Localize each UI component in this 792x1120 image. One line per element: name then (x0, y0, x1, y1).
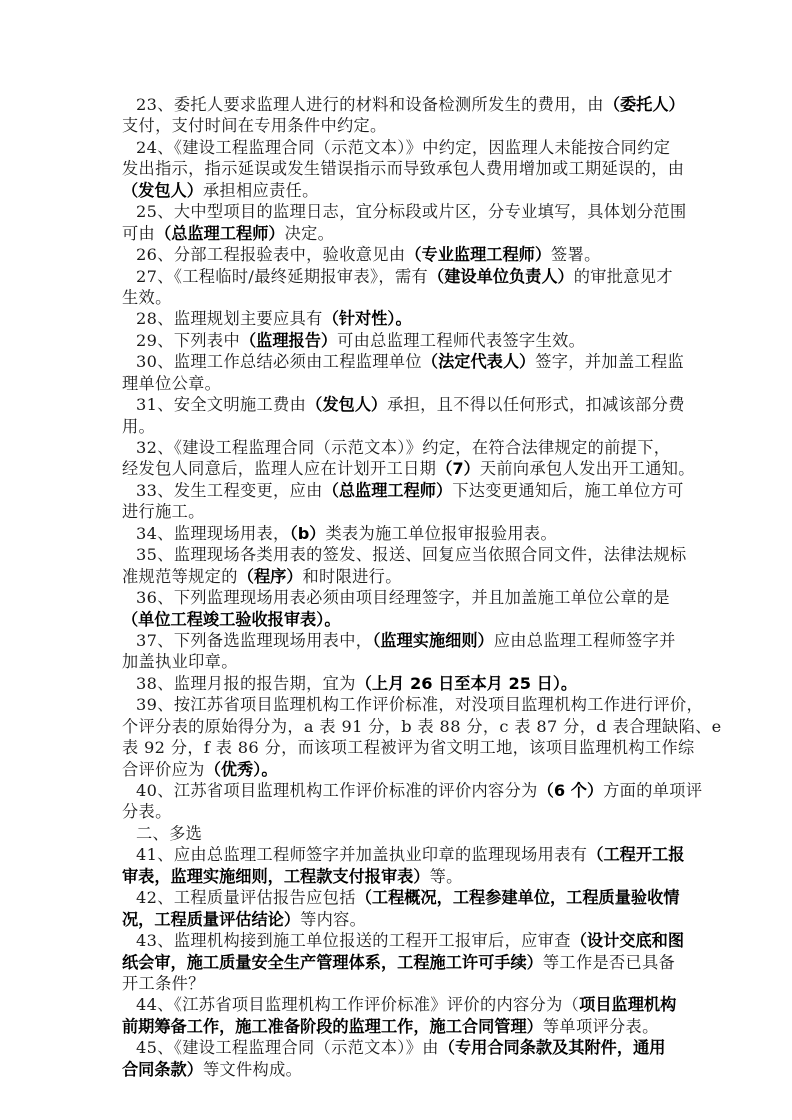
text-line: 支付，支付时间在专用条件中约定。 (122, 115, 682, 136)
question-text: 个评分表的原始得分为，a 表 91 分，b 表 88 分，c 表 87 分，d … (122, 717, 722, 736)
question-text: 39、按江苏省项目监理机构工作评价标准，对没项目监理机构工作进行评价， (136, 695, 703, 714)
question-text: 支付，支付时间在专用条件中约定。 (122, 116, 387, 135)
question-text: 31、安全文明施工费由 (136, 395, 306, 414)
question-text: 准规范等规定的 (122, 567, 238, 586)
answer-text: （监理实施细则） (372, 631, 493, 650)
question-text: 分表。 (122, 802, 172, 821)
text-line: 38、监理月报的报告期，宜为（上月 26 日至本月 25 日）。 (122, 673, 682, 694)
answer-text: （7） (436, 459, 480, 478)
question-text: 下达变更通知后，施工单位方可 (452, 481, 684, 500)
question-text: 生效。 (122, 288, 172, 307)
document-body: 23、委托人要求监理人进行的材料和设备检测所发生的费用，由（委托人）支付，支付时… (122, 94, 682, 1080)
text-line: 理单位公章。 (122, 373, 682, 394)
question-text: 应由总监理工程师签字并 (494, 631, 676, 650)
answer-text: （监理报告） (240, 331, 337, 350)
question-text: 26、分部工程报验表中，验收意见由 (136, 245, 405, 264)
answer-text: （程序） (238, 567, 303, 586)
question-text: 等。 (430, 867, 463, 886)
answer-text: 项目监理机构 (579, 995, 676, 1014)
text-line: 31、安全文明施工费由（发包人）承担，且不得以任何形式，扣减该部分费 (122, 394, 682, 415)
answer-text: （针对性）。 (323, 309, 412, 328)
text-line: 可由（总监理工程师）决定。 (122, 223, 682, 244)
text-line: 27、《工程临时/最终延期报审表》，需有（建设单位负责人）的审批意见才 (122, 266, 682, 287)
question-text: 43、监理机构接到施工单位报送的工程开工报审后，应审查 (136, 931, 571, 950)
answer-text: （委托人） (604, 95, 685, 114)
question-text: 合评价应为 (122, 760, 205, 779)
answer-text: （工程开工报 (587, 845, 684, 864)
text-line: 41、应由总监理工程师签字并加盖执业印章的监理现场用表有（工程开工报 (122, 844, 682, 865)
text-line: 加盖执业印章。 (122, 651, 682, 672)
text-line: 经发包人同意后，监理人应在计划开工日期（7）天前向承包人发出开工通知。 (122, 458, 682, 479)
answer-text: 合同条款） (122, 1060, 203, 1079)
question-text: 33、发生工程变更，应由 (136, 481, 323, 500)
question-text: 加盖执业印章。 (122, 652, 238, 671)
answer-text: （总监理工程师） (155, 224, 285, 243)
text-line: （单位工程竣工验收报审表）。 (122, 609, 682, 630)
text-line: 32、《建设工程监理合同（示范文本）》约定，在符合法律规定的前提下， (122, 437, 682, 458)
text-line: 生效。 (122, 287, 682, 308)
answer-text: （上月 26 日至本月 25 日）。 (356, 674, 577, 693)
text-line: 准规范等规定的（程序）和时限进行。 (122, 566, 682, 587)
text-line: 分表。 (122, 801, 682, 822)
text-line: 34、监理现场用表，（b）类表为施工单位报审报验用表。 (122, 523, 682, 544)
answer-text: 纸会审，施工质量安全生产管理体系，工程施工许可手续） (122, 953, 543, 972)
question-text: 38、监理月报的报告期，宜为 (136, 674, 356, 693)
question-text: 35、监理现场各类用表的签发、报送、回复应当依照合同文件，法律法规标 (136, 545, 687, 564)
question-text: 承担，且不得以任何形式，扣减该部分费 (387, 395, 685, 414)
answer-text: 前期筹备工作，施工准备阶段的监理工作，施工合同管理） (122, 1017, 543, 1036)
question-text: 29、下列表中 (136, 331, 240, 350)
text-line: 45、《建设工程监理合同（示范文本）》由（专用合同条款及其附件，通用 (122, 1037, 682, 1058)
text-line: 发出指示，指示延误或发生错误指示而导致承包人费用增加或工期延误的，由 (122, 158, 682, 179)
question-text: 表 92 分，f 表 86 分，而该项工程被评为省文明工地，该项目监理机构工作综 (122, 738, 695, 757)
text-line: 43、监理机构接到施工单位报送的工程开工报审后，应审查（设计交底和图 (122, 930, 682, 951)
answer-text: （设计交底和图 (571, 931, 684, 950)
text-line: 个评分表的原始得分为，a 表 91 分，b 表 88 分，c 表 87 分，d … (122, 716, 682, 737)
text-line: 审表，监理实施细则，工程款支付报审表）等。 (122, 866, 682, 887)
question-text: 签字，并加盖工程监 (535, 352, 684, 371)
question-text: 25、大中型项目的监理日志，宜分标段或片区，分专业填写，具体划分范围 (136, 202, 687, 221)
document-page: 23、委托人要求监理人进行的材料和设备检测所发生的费用，由（委托人）支付，支付时… (0, 0, 792, 1120)
answer-text: 况，工程质量评估结论） (122, 910, 300, 929)
text-line: 开工条件？ (122, 973, 682, 994)
question-text: 24、《建设工程监理合同（示范文本）》中约定，因监理人未能按合同约定 (136, 138, 670, 157)
text-line: 33、发生工程变更，应由（总监理工程师）下达变更通知后，施工单位方可 (122, 480, 682, 501)
answer-text: （专用合同条款及其附件，通用 (439, 1038, 666, 1057)
question-text: 二、多选 (136, 824, 202, 843)
text-line: 23、委托人要求监理人进行的材料和设备检测所发生的费用，由（委托人） (122, 94, 682, 115)
question-text: 决定。 (285, 224, 335, 243)
answer-text: （法定代表人） (422, 352, 535, 371)
question-text: 方面的单项评 (603, 781, 702, 800)
answer-text: （工程概况，工程参建单位，工程质量验收情 (356, 888, 680, 907)
question-text: 可由总监理工程师代表签字生效。 (337, 331, 585, 350)
text-line: 37、下列备选监理现场用表中，（监理实施细则）应由总监理工程师签字并 (122, 630, 682, 651)
text-line: 前期筹备工作，施工准备阶段的监理工作，施工合同管理）等单项评分表。 (122, 1016, 682, 1037)
question-text: 23、委托人要求监理人进行的材料和设备检测所发生的费用，由 (136, 95, 604, 114)
question-text: 等单项评分表。 (543, 1017, 659, 1036)
question-text: 28、监理规划主要应具有 (136, 309, 323, 328)
text-line: 24、《建设工程监理合同（示范文本）》中约定，因监理人未能按合同约定 (122, 137, 682, 158)
answer-text: （发包人） (306, 395, 387, 414)
question-text: 和时限进行。 (303, 567, 402, 586)
question-text: 等文件构成。 (203, 1060, 302, 1079)
question-text: 签署。 (551, 245, 601, 264)
text-line: 29、下列表中（监理报告）可由总监理工程师代表签字生效。 (122, 330, 682, 351)
question-text: 进行施工。 (122, 502, 205, 521)
text-line: 纸会审，施工质量安全生产管理体系，工程施工许可手续）等工作是否已具备 (122, 952, 682, 973)
text-line: 25、大中型项目的监理日志，宜分标段或片区，分专业填写，具体划分范围 (122, 201, 682, 222)
question-text: 40、江苏省项目监理机构工作评价标准的评价内容分为 (136, 781, 538, 800)
text-line: 28、监理规划主要应具有（针对性）。 (122, 308, 682, 329)
text-line: 合同条款）等文件构成。 (122, 1059, 682, 1080)
question-text: 经发包人同意后，监理人应在计划开工日期 (122, 459, 436, 478)
question-text: 37、下列备选监理现场用表中， (136, 631, 372, 650)
text-line: 况，工程质量评估结论）等内容。 (122, 909, 682, 930)
text-line: 39、按江苏省项目监理机构工作评价标准，对没项目监理机构工作进行评价， (122, 694, 682, 715)
answer-text: （b） (290, 524, 326, 543)
text-line: 36、下列监理现场用表必须由项目经理签字，并且加盖施工单位公章的是 (122, 587, 682, 608)
question-text: 天前向承包人发出开工通知。 (480, 459, 695, 478)
text-line: 42、工程质量评估报告应包括（工程概况，工程参建单位，工程质量验收情 (122, 887, 682, 908)
text-line: 44、《江苏省项目监理机构工作评价标准》评价的内容分为（项目监理机构 (122, 994, 682, 1015)
question-text: 41、应由总监理工程师签字并加盖执业印章的监理现场用表有 (136, 845, 587, 864)
text-line: （发包人）承担相应责任。 (122, 180, 682, 201)
question-text: 的审批意见才 (574, 267, 673, 286)
answer-text: （单位工程竣工验收报审表）。 (122, 610, 341, 629)
question-text: 理单位公章。 (122, 374, 221, 393)
text-line: 合评价应为（优秀）。 (122, 759, 682, 780)
answer-text: （发包人） (122, 181, 203, 200)
question-text: 开工条件？ (122, 974, 205, 993)
question-text: 发出指示，指示延误或发生错误指示而导致承包人费用增加或工期延误的，由 (122, 159, 684, 178)
answer-text: （优秀）。 (205, 760, 278, 779)
text-line: 进行施工。 (122, 501, 682, 522)
text-line: 表 92 分，f 表 86 分，而该项工程被评为省文明工地，该项目监理机构工作综 (122, 737, 682, 758)
question-text: 承担相应责任。 (203, 181, 319, 200)
text-line: 40、江苏省项目监理机构工作评价标准的评价内容分为（6 个）方面的单项评 (122, 780, 682, 801)
question-text: 等内容。 (300, 910, 366, 929)
answer-text: （6 个） (538, 781, 603, 800)
question-text: 类表为施工单位报审报验用表。 (325, 524, 557, 543)
answer-text: 审表，监理实施细则，工程款支付报审表） (122, 867, 430, 886)
question-text: 44、《江苏省项目监理机构工作评价标准》评价的内容分为（ (136, 995, 579, 1014)
question-text: 27、《工程临时/最终延期报审表》，需有 (136, 267, 428, 286)
answer-text: （建设单位负责人） (428, 267, 574, 286)
question-text: 可由 (122, 224, 155, 243)
answer-text: （专业监理工程师） (405, 245, 551, 264)
question-text: 32、《建设工程监理合同（示范文本）》约定，在符合法律规定的前提下， (136, 438, 670, 457)
question-text: 用。 (122, 417, 155, 436)
question-text: 42、工程质量评估报告应包括 (136, 888, 356, 907)
text-line: 30、监理工作总结必须由工程监理单位（法定代表人）签字，并加盖工程监 (122, 351, 682, 372)
question-text: 36、下列监理现场用表必须由项目经理签字，并且加盖施工单位公章的是 (136, 588, 670, 607)
question-text: 等工作是否已具备 (543, 953, 675, 972)
text-line: 用。 (122, 416, 682, 437)
text-line: 二、多选 (122, 823, 682, 844)
answer-text: （总监理工程师） (323, 481, 453, 500)
question-text: 45、《建设工程监理合同（示范文本）》由 (136, 1038, 439, 1057)
question-text: 34、监理现场用表， (136, 524, 290, 543)
question-text: 30、监理工作总结必须由工程监理单位 (136, 352, 422, 371)
text-line: 35、监理现场各类用表的签发、报送、回复应当依照合同文件，法律法规标 (122, 544, 682, 565)
text-line: 26、分部工程报验表中，验收意见由（专业监理工程师）签署。 (122, 244, 682, 265)
